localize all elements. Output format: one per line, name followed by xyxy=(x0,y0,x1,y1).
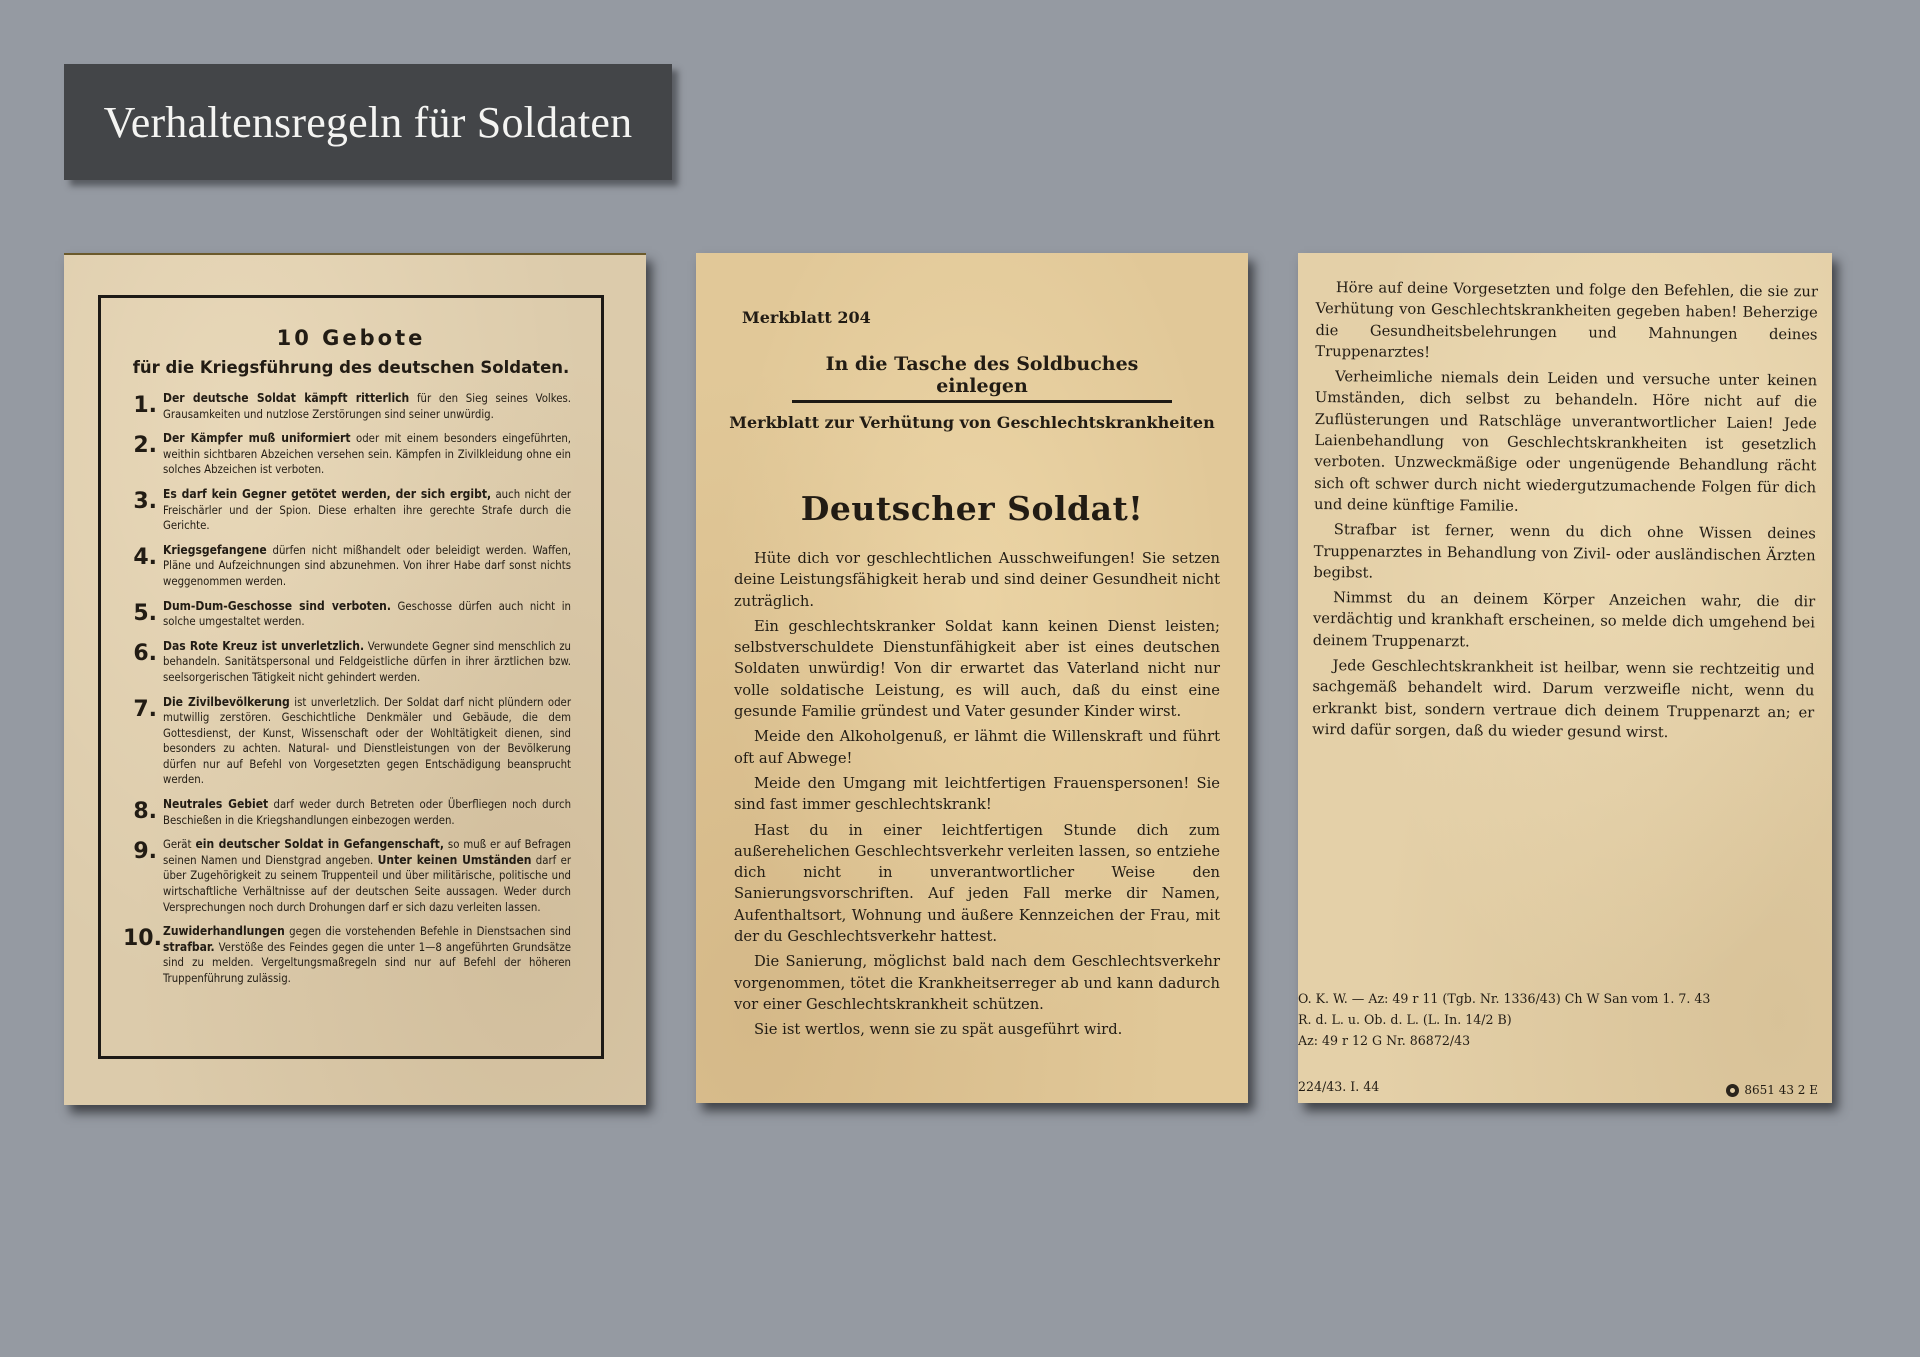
commandment-body: ist unverletzlich. Der Soldat darf nicht… xyxy=(163,696,571,787)
commandment-list: 1.Der deutsche Soldat kämpft ritterlich … xyxy=(101,391,601,987)
commandment-text: Das Rote Kreuz ist unverletzlich. Verwun… xyxy=(163,639,571,686)
leaflet-back-body: Höre auf deine Vorgesetzten und folge de… xyxy=(1312,277,1818,749)
leaflet-paragraph: Hüte dich vor geschlechtlichen Ausschwei… xyxy=(734,548,1220,612)
print-code-right-text: 8651 43 2 E xyxy=(1744,1083,1818,1097)
page-title: Verhaltensregeln für Soldaten xyxy=(104,97,633,148)
commandment-text: Neutrales Gebiet darf weder durch Betret… xyxy=(163,797,571,828)
leaflet-number: Merkblatt 204 xyxy=(742,308,871,327)
commandment-number: 1. xyxy=(123,395,163,422)
commandment-item: 3.Es darf kein Gegner getötet werden, de… xyxy=(123,487,571,534)
leaflet-subtitle: Merkblatt zur Verhütung von Geschlechtsk… xyxy=(696,413,1248,432)
commandment-item: 8.Neutrales Gebiet darf weder durch Betr… xyxy=(123,797,571,828)
commandment-text: Die Zivilbevölkerung ist unverletzlich. … xyxy=(163,695,571,789)
commandment-item: 4.Kriegsgefangene dürfen nicht mißhandel… xyxy=(123,543,571,590)
commandment-emphasis: strafbar. xyxy=(163,940,215,954)
commandment-body: gegen die vorstehenden Befehle in Dienst… xyxy=(285,925,571,938)
commandment-emphasis: Das Rote Kreuz ist unverletzlich. xyxy=(163,639,364,653)
print-code-left: 224/43. I. 44 xyxy=(1298,1079,1379,1094)
leaflet-paragraph: Sie ist wertlos, wenn sie zu spät ausgef… xyxy=(734,1019,1220,1040)
commandment-number: 8. xyxy=(123,801,163,828)
commandment-emphasis: Der Kämpfer muß uniformiert xyxy=(163,431,351,445)
commandment-number: 6. xyxy=(123,643,163,686)
commandment-item: 2.Der Kämpfer muß uniformiert oder mit e… xyxy=(123,431,571,478)
reference-line: Az: 49 r 12 G Nr. 86872/43 xyxy=(1298,1030,1710,1051)
document-merkblatt-back: Höre auf deine Vorgesetzten und folge de… xyxy=(1298,253,1832,1103)
leaflet-paragraph: Die Sanierung, möglichst bald nach dem G… xyxy=(734,951,1220,1015)
commandment-text: Kriegsgefangene dürfen nicht mißhandelt … xyxy=(163,543,571,590)
reference-line: O. K. W. — Az: 49 r 11 (Tgb. Nr. 1336/43… xyxy=(1298,988,1710,1009)
commandment-emphasis: Neutrales Gebiet xyxy=(163,797,268,811)
leaflet-paragraph: Meide den Umgang mit leichtfertigen Frau… xyxy=(734,773,1220,816)
leaflet-body: Hüte dich vor geschlechtlichen Ausschwei… xyxy=(734,548,1220,1045)
commandment-text: Gerät ein deutscher Soldat in Gefangensc… xyxy=(163,837,571,915)
commandment-number: 5. xyxy=(123,603,163,630)
commandment-emphasis: Dum-Dum-Geschosse sind verboten. xyxy=(163,599,391,613)
commandment-emphasis: Es darf kein Gegner getötet werden, der … xyxy=(163,487,491,501)
commandment-number: 7. xyxy=(123,699,163,789)
commandment-item: 5.Dum-Dum-Geschosse sind verboten. Gesch… xyxy=(123,599,571,630)
commandment-number: 9. xyxy=(123,841,163,915)
page-title-banner: Verhaltensregeln für Soldaten xyxy=(64,64,672,180)
commandment-emphasis: ein deutscher Soldat in Gefangenschaft, xyxy=(195,837,443,851)
commandment-number: 3. xyxy=(123,491,163,534)
leaflet-paragraph: Jede Geschlechtskrankheit ist heilbar, w… xyxy=(1312,655,1815,745)
commandment-item: 1.Der deutsche Soldat kämpft ritterlich … xyxy=(123,391,571,422)
commandment-item: 7.Die Zivilbevölkerung ist unverletzlich… xyxy=(123,695,571,789)
leaflet-paragraph: Meide den Alkoholgenuß, er lähmt die Wil… xyxy=(734,726,1220,769)
leaflet-paragraph: Nimmst du an deinem Körper Anzeichen wah… xyxy=(1313,587,1816,655)
printer-seal-icon xyxy=(1726,1084,1739,1097)
commandment-number: 2. xyxy=(123,435,163,478)
document-ten-commandments: 10 Gebote für die Kriegsführung des deut… xyxy=(64,253,646,1105)
commandment-text: Dum-Dum-Geschosse sind verboten. Geschos… xyxy=(163,599,571,630)
document-subheading: für die Kriegsführung des deutschen Sold… xyxy=(101,358,601,377)
commandment-text: Es darf kein Gegner getötet werden, der … xyxy=(163,487,571,534)
document-merkblatt-front: Merkblatt 204 In die Tasche des Soldbuch… xyxy=(696,253,1248,1103)
leaflet-paragraph: Hast du in einer leichtfertigen Stunde d… xyxy=(734,820,1220,948)
commandment-emphasis: Kriegsgefangene xyxy=(163,543,267,557)
leaflet-paragraph: Ein geschlechtskranker Soldat kann keine… xyxy=(734,616,1220,722)
document-heading: 10 Gebote xyxy=(101,326,601,350)
commandment-body: Verstöße des Feindes gegen die unter 1—8… xyxy=(163,941,571,985)
commandment-emphasis: Zuwiderhandlungen xyxy=(163,924,285,938)
commandment-item: 9.Gerät ein deutscher Soldat in Gefangen… xyxy=(123,837,571,915)
leaflet-paragraph: Verheimliche niemals dein Leiden und ver… xyxy=(1314,366,1817,519)
commandment-item: 10.Zuwiderhandlungen gegen die vorstehen… xyxy=(123,924,571,986)
commandment-emphasis: Der deutsche Soldat kämpft ritterlich xyxy=(163,391,409,405)
commandment-emphasis: Die Zivilbevölkerung xyxy=(163,695,290,709)
leaflet-paragraph: Höre auf deine Vorgesetzten und folge de… xyxy=(1315,277,1818,367)
print-code-right: 8651 43 2 E xyxy=(1726,1083,1818,1097)
commandment-text: Der Kämpfer muß uniformiert oder mit ein… xyxy=(163,431,571,478)
pocket-instruction: In die Tasche des Soldbuches einlegen xyxy=(792,353,1172,403)
commandment-number: 10. xyxy=(123,928,163,986)
commandment-item: 6.Das Rote Kreuz ist unverletzlich. Verw… xyxy=(123,639,571,686)
commandment-body: Gerät xyxy=(163,838,195,851)
leaflet-headline: Deutscher Soldat! xyxy=(696,489,1248,528)
reference-line: R. d. L. u. Ob. d. L. (L. In. 14/2 B) xyxy=(1298,1009,1710,1030)
leaflet-paragraph: Strafbar ist ferner, wenn du dich ohne W… xyxy=(1313,519,1816,587)
commandment-number: 4. xyxy=(123,547,163,590)
commandment-text: Zuwiderhandlungen gegen die vorstehenden… xyxy=(163,924,571,986)
document-border-frame: 10 Gebote für die Kriegsführung des deut… xyxy=(98,295,604,1059)
commandment-emphasis: Unter keinen Umständen xyxy=(378,853,532,867)
reference-list: O. K. W. — Az: 49 r 11 (Tgb. Nr. 1336/43… xyxy=(1298,988,1710,1051)
commandment-text: Der deutsche Soldat kämpft ritterlich fü… xyxy=(163,391,571,422)
